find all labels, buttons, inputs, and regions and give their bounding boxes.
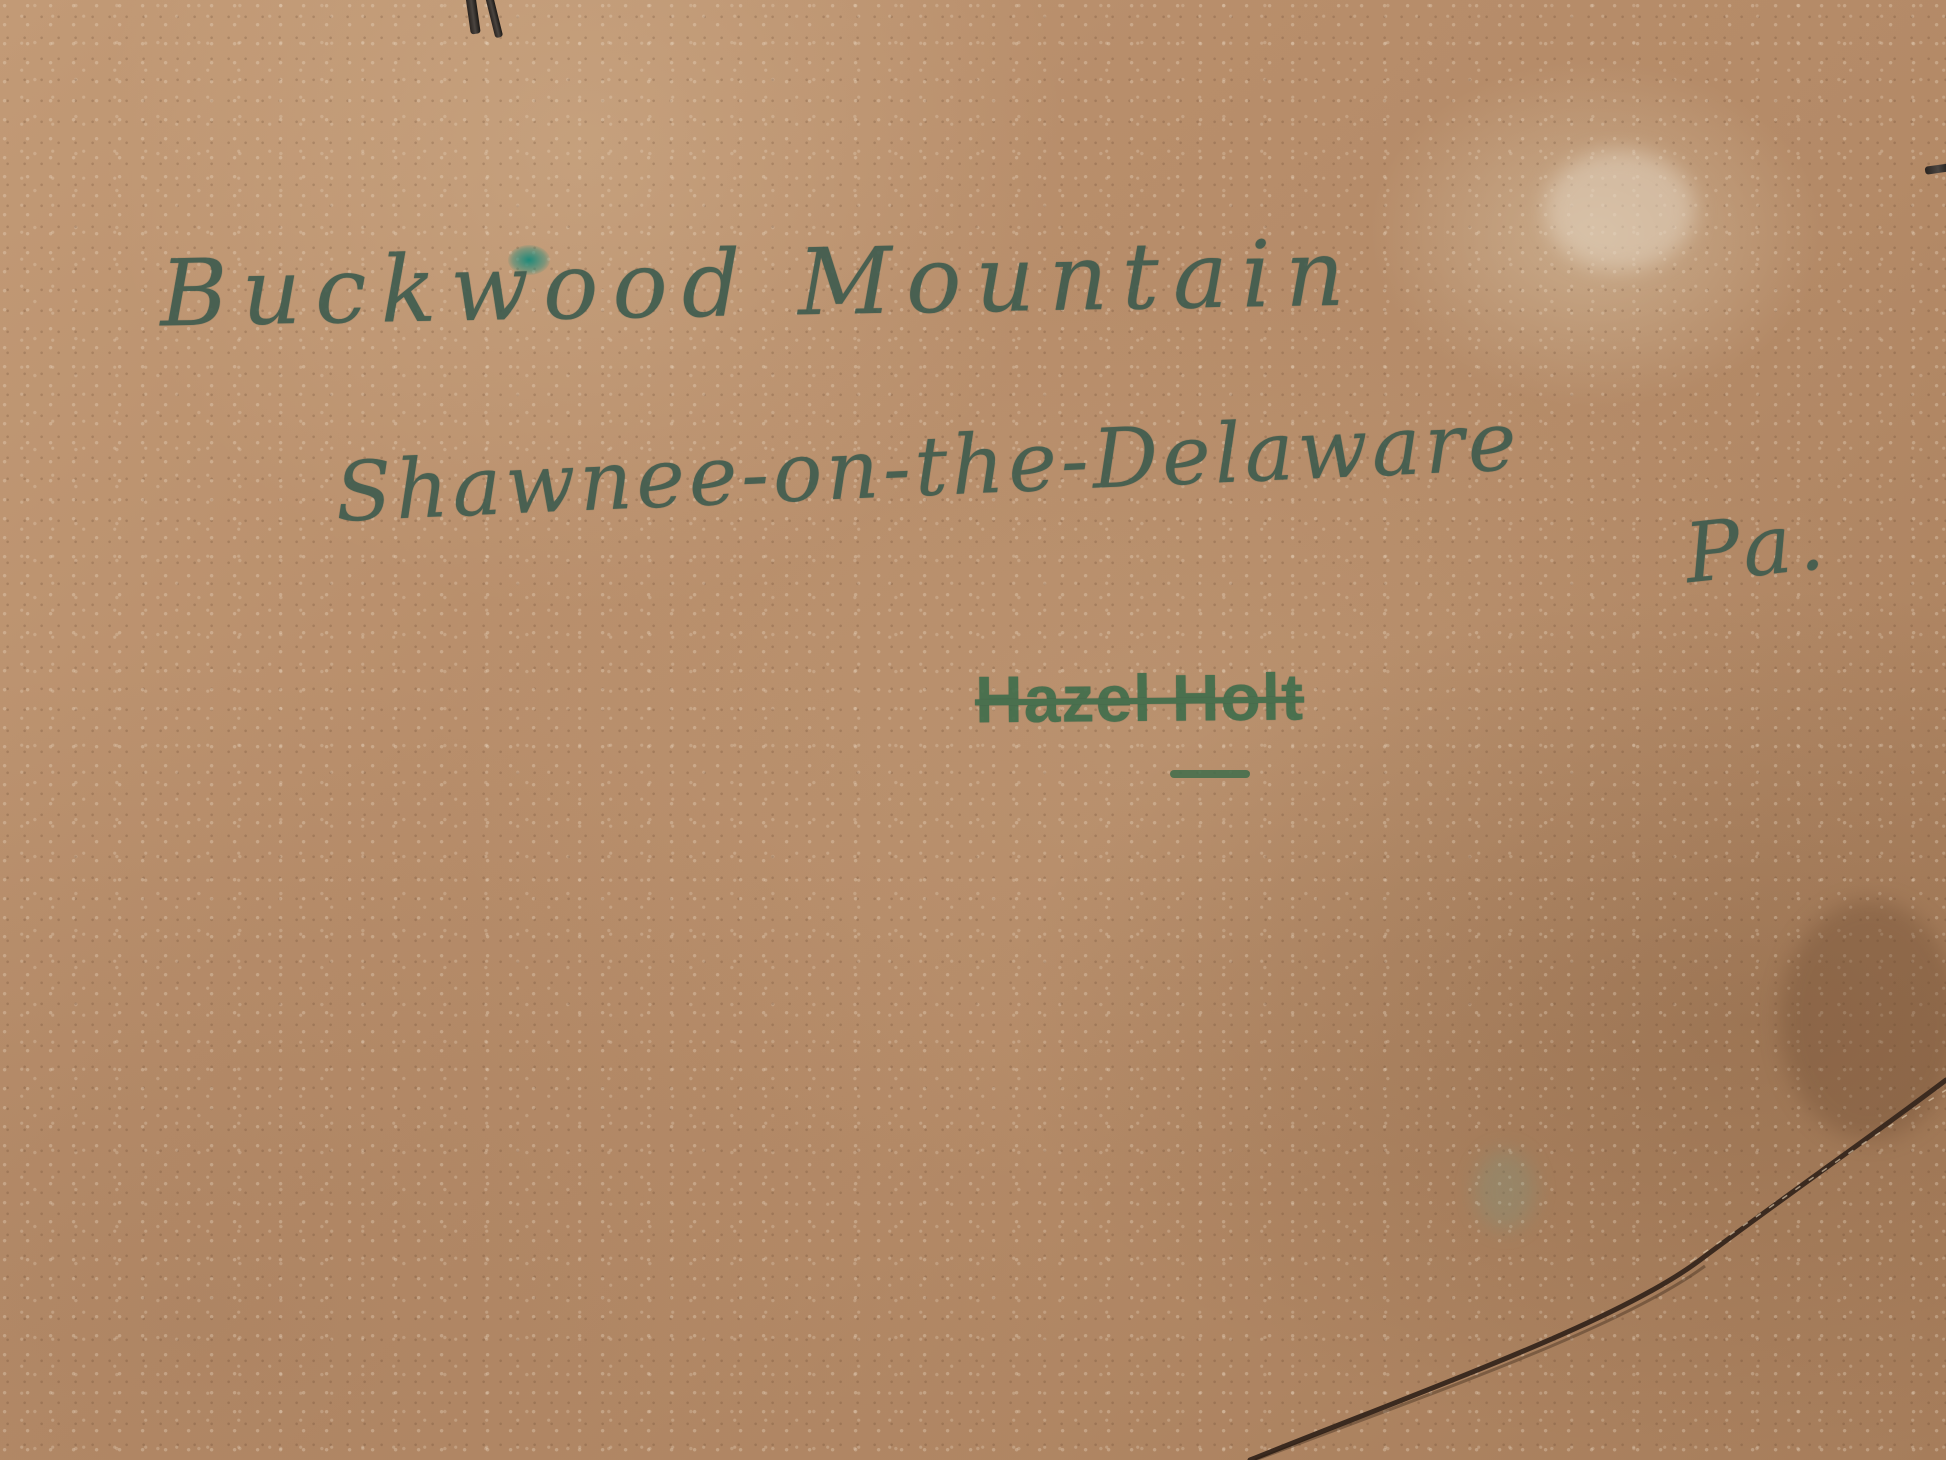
hardboard-back: Buckwood Mountain Shawnee-on-the-Delawar…	[0, 0, 1946, 1460]
wire-icon	[0, 0, 1946, 1460]
